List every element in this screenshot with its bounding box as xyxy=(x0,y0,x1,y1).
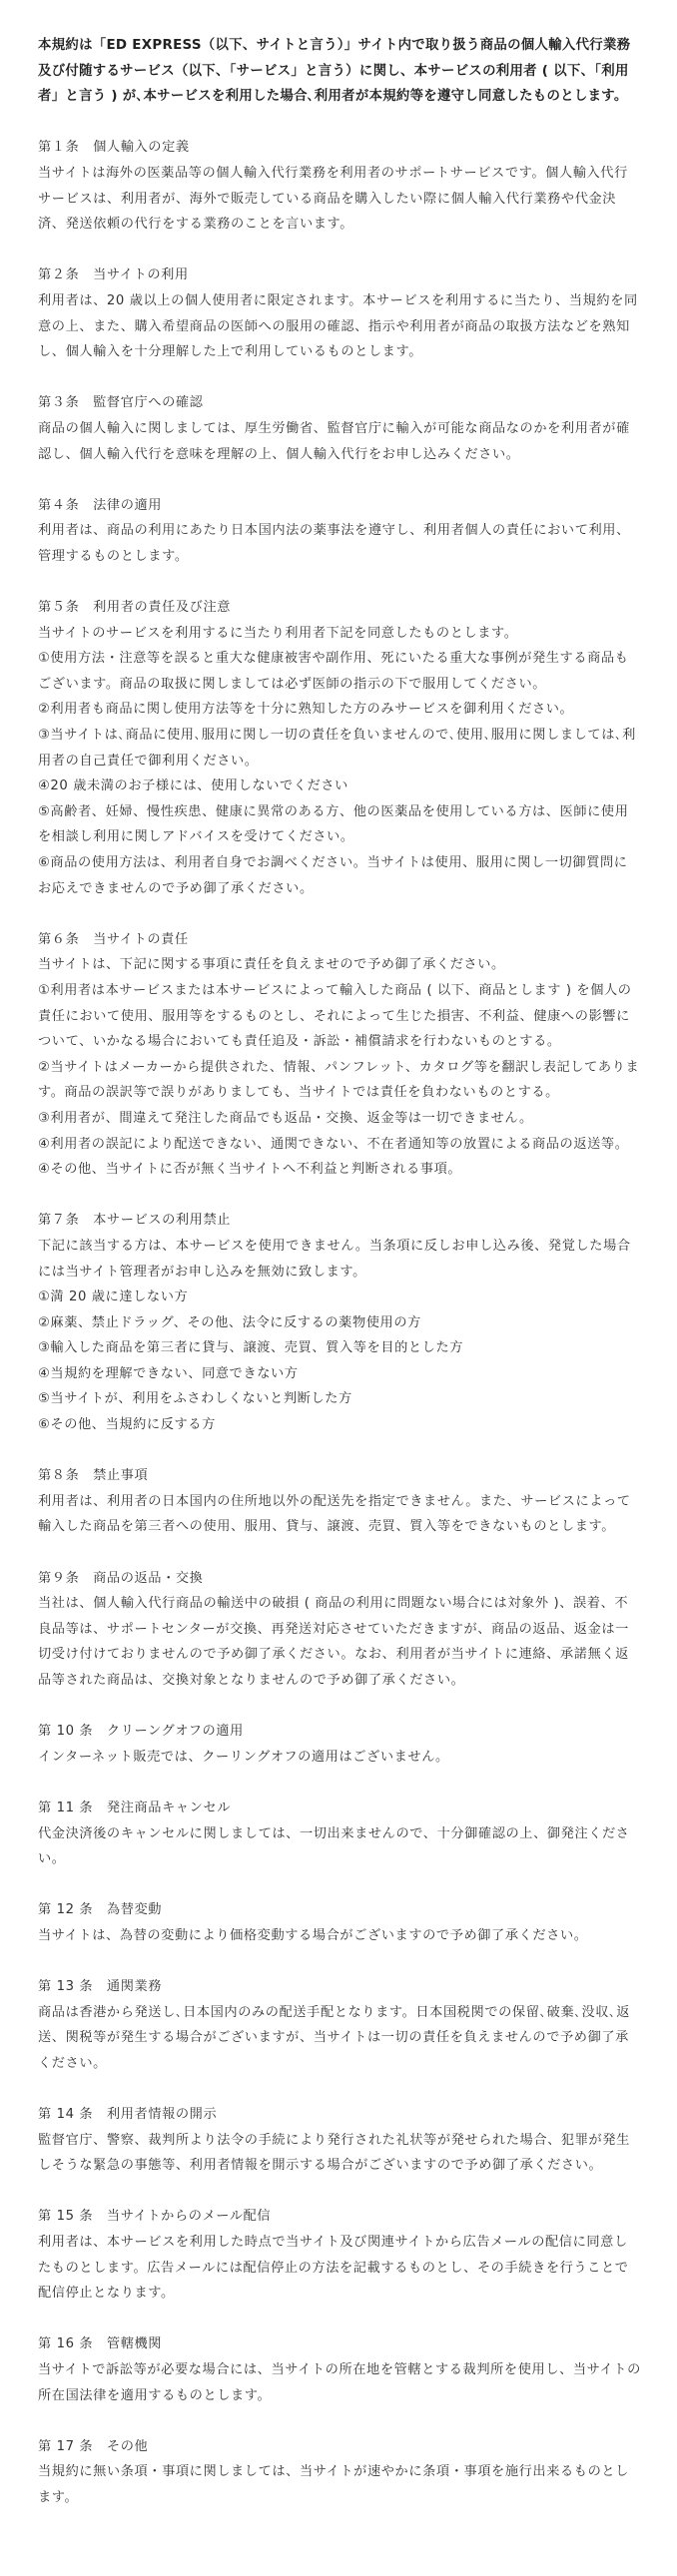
article-title: 第３条 監督官庁への確認 xyxy=(38,390,641,416)
article-paragraph: ④利用者の誤記により配送できない、通関できない、不在者通知等の放置による商品の返… xyxy=(38,1132,641,1158)
article-2: 第２条 当サイトの利用利用者は、20 歳以上の個人使用者に限定されます。本サービ… xyxy=(38,262,641,364)
article-paragraph: 利用者は、商品の利用にあたり日本国内法の薬事法を遵守し、利用者個人の責任において… xyxy=(38,518,641,569)
article-paragraph: ⑥商品の使用方法は、利用者自身でお調べください。当サイトは使用、服用に関し一切御… xyxy=(38,850,641,901)
article-paragraph: 商品は香港から発送し､日本国内のみの配送手配となります。日本国税関での保留､破棄… xyxy=(38,2000,641,2077)
article-title: 第 17 条 その他 xyxy=(38,2434,641,2460)
article-8: 第８条 禁止事項利用者は、利用者の日本国内の住所地以外の配送先を指定できません。… xyxy=(38,1463,641,1540)
article-paragraph: 監督官庁、警察、裁判所より法令の手続により発行された礼状等が発せられた場合、犯罪… xyxy=(38,2128,641,2179)
article-paragraph: 商品の個人輸入に関しましては、厚生労働省、監督官庁に輸入が可能な商品なのかを利用… xyxy=(38,416,641,467)
article-12: 第 12 条 為替変動当サイトは、為替の変動により価格変動する場合がございますの… xyxy=(38,1897,641,1948)
article-3: 第３条 監督官庁への確認商品の個人輸入に関しましては、厚生労働省、監督官庁に輸入… xyxy=(38,390,641,467)
article-7: 第７条 本サービスの利用禁止下記に該当する方は、本サービスを使用できません。当条… xyxy=(38,1208,641,1437)
article-14: 第 14 条 利用者情報の開示監督官庁、警察、裁判所より法令の手続により発行され… xyxy=(38,2102,641,2179)
article-paragraph: 当サイトは、為替の変動により価格変動する場合がございますので予め御了承ください。 xyxy=(38,1923,641,1949)
article-paragraph: 利用者は、20 歳以上の個人使用者に限定されます。本サービスを利用するに当たり、… xyxy=(38,288,641,365)
article-9: 第９条 商品の返品・交換当社は、個人輸入代行商品の輸送中の破損 ( 商品の利用に… xyxy=(38,1566,641,1694)
article-title: 第 10 条 クリーングオフの適用 xyxy=(38,1719,641,1745)
articles-list: 第１条 個人輸入の定義当サイトは海外の医薬品等の個人輸入代行業務を利用者のサポー… xyxy=(38,135,641,2510)
article-paragraph: 下記に該当する方は、本サービスを使用できません。当条項に反しお申し込み後、発覚し… xyxy=(38,1234,641,1285)
article-paragraph: ③輸入した商品を第三者に貸与、譲渡、売買、質入等を目的とした方 xyxy=(38,1335,641,1361)
article-5: 第５条 利用者の責任及び注意当サイトのサービスを利用するに当たり利用者下記を同意… xyxy=(38,595,641,901)
article-1: 第１条 個人輸入の定義当サイトは海外の医薬品等の個人輸入代行業務を利用者のサポー… xyxy=(38,135,641,237)
article-title: 第 14 条 利用者情報の開示 xyxy=(38,2102,641,2128)
article-paragraph: 代金決済後のキャンセルに関しましては、一切出来ませんので、十分御確認の上、御発注… xyxy=(38,1821,641,1872)
article-paragraph: ①満 20 歳に達しない方 xyxy=(38,1285,641,1310)
article-17: 第 17 条 その他当規約に無い条項・事項に関しましては、当サイトが速やかに条項… xyxy=(38,2434,641,2511)
article-title: 第 13 条 通関業務 xyxy=(38,1974,641,2000)
article-paragraph: 当サイトは、下記に関する事項に責任を負えませので予め御了承ください。 xyxy=(38,952,641,978)
article-paragraph: 当サイトは海外の医薬品等の個人輸入代行業務を利用者のサポートサービスです。個人輸… xyxy=(38,161,641,238)
article-title: 第６条 当サイトの責任 xyxy=(38,927,641,953)
article-6: 第６条 当サイトの責任当サイトは、下記に関する事項に責任を負えませので予め御了承… xyxy=(38,927,641,1183)
article-4: 第４条 法律の適用利用者は、商品の利用にあたり日本国内法の薬事法を遵守し、利用者… xyxy=(38,493,641,570)
article-title: 第 12 条 為替変動 xyxy=(38,1897,641,1923)
article-title: 第９条 商品の返品・交換 xyxy=(38,1566,641,1592)
article-paragraph: ⑤高齢者、妊婦、慢性疾患、健康に異常のある方、他の医薬品を使用している方は、医師… xyxy=(38,799,641,850)
article-paragraph: ②麻薬、禁止ドラッグ、その他、法令に反するの薬物使用の方 xyxy=(38,1310,641,1336)
article-paragraph: ④その他、当サイトに否が無く当サイトへ不利益と判断される事項。 xyxy=(38,1157,641,1183)
terms-document: 本規約は「ED EXPRESS（以下、サイトと言う）」サイト内で取り扱う商品の個… xyxy=(0,0,677,2576)
article-paragraph: ④当規約を理解できない、同意できない方 xyxy=(38,1361,641,1387)
article-title: 第４条 法律の適用 xyxy=(38,493,641,519)
article-title: 第５条 利用者の責任及び注意 xyxy=(38,595,641,621)
article-paragraph: ②当サイトはメーカーから提供された、情報、パンフレット、カタログ等を翻訳し表記し… xyxy=(38,1055,641,1106)
article-paragraph: ⑤当サイトが、利用をふさわしくないと判断した方 xyxy=(38,1386,641,1412)
article-title: 第２条 当サイトの利用 xyxy=(38,262,641,288)
article-paragraph: ①使用方法・注意等を誤ると重大な健康被害や副作用、死にいたる重大な事例が発生する… xyxy=(38,646,641,697)
article-paragraph: ③当サイトは､商品に使用､服用に関し一切の責任を負いませんので､使用､服用に関し… xyxy=(38,723,641,773)
article-10: 第 10 条 クリーングオフの適用インターネット販売では、クーリングオフの適用は… xyxy=(38,1719,641,1770)
article-title: 第１条 個人輸入の定義 xyxy=(38,135,641,161)
article-16: 第 16 条 管轄機関当サイトで訴訟等が必要な場合には、当サイトの所在地を管轄と… xyxy=(38,2331,641,2408)
article-paragraph: ①利用者は本サービスまたは本サービスによって輸入した商品 ( 以下、商品とします… xyxy=(38,978,641,1055)
article-paragraph: ②利用者も商品に関し使用方法等を十分に熟知した方のみサービスを御利用ください。 xyxy=(38,697,641,723)
article-13: 第 13 条 通関業務商品は香港から発送し､日本国内のみの配送手配となります。日… xyxy=(38,1974,641,2076)
article-11: 第 11 条 発注商品キャンセル代金決済後のキャンセルに関しましては、一切出来ま… xyxy=(38,1796,641,1872)
article-paragraph: 当サイトのサービスを利用するに当たり利用者下記を同意したものとします。 xyxy=(38,621,641,647)
article-paragraph: ③利用者が、間違えて発注した商品でも返品・交換、返金等は一切できません。 xyxy=(38,1106,641,1132)
article-title: 第７条 本サービスの利用禁止 xyxy=(38,1208,641,1234)
article-paragraph: 利用者は、本サービスを利用した時点で当サイト及び関連サイトから広告メールの配信に… xyxy=(38,2230,641,2307)
article-title: 第 15 条 当サイトからのメール配信 xyxy=(38,2204,641,2230)
article-paragraph: 利用者は、利用者の日本国内の住所地以外の配送先を指定できません。また、サービスに… xyxy=(38,1489,641,1540)
article-title: 第 11 条 発注商品キャンセル xyxy=(38,1796,641,1821)
article-title: 第 16 条 管轄機関 xyxy=(38,2331,641,2357)
article-paragraph: インターネット販売では、クーリングオフの適用はございません｡ xyxy=(38,1745,641,1771)
article-paragraph: 当サイトで訴訟等が必要な場合には、当サイトの所在地を管轄とする裁判所を使用し、当… xyxy=(38,2357,641,2408)
article-paragraph: 当規約に無い条項・事項に関しましては、当サイトが速やかに条項・事項を施行出来るも… xyxy=(38,2459,641,2510)
terms-intro: 本規約は「ED EXPRESS（以下、サイトと言う）」サイト内で取り扱う商品の個… xyxy=(38,33,641,110)
article-paragraph: 当社は、個人輸入代行商品の輸送中の破損 ( 商品の利用に問題ない場合には対象外 … xyxy=(38,1591,641,1693)
article-15: 第 15 条 当サイトからのメール配信利用者は、本サービスを利用した時点で当サイ… xyxy=(38,2204,641,2306)
article-paragraph: ⑥その他、当規約に反する方 xyxy=(38,1412,641,1438)
article-title: 第８条 禁止事項 xyxy=(38,1463,641,1489)
article-paragraph: ④20 歳未満のお子様には、使用しないでください xyxy=(38,773,641,799)
